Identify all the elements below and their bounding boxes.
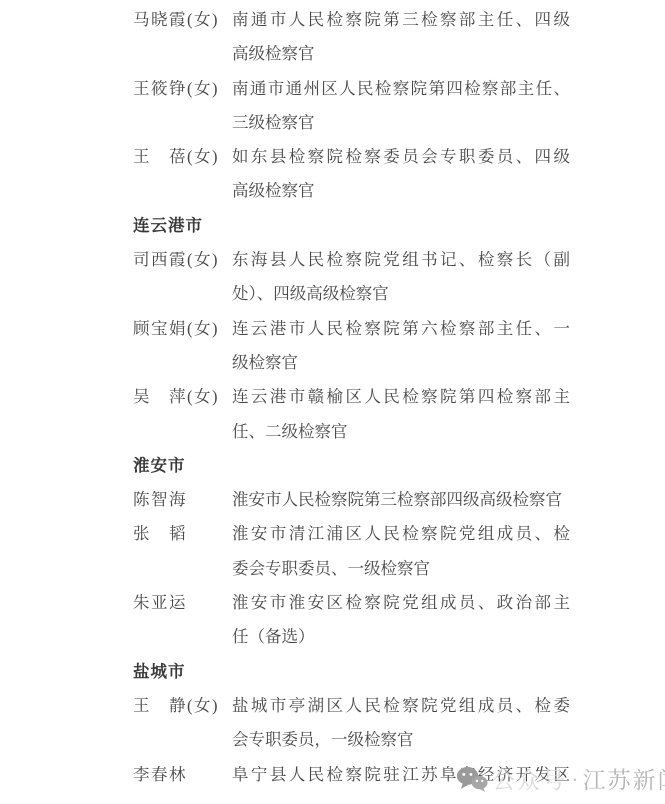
appointment-entry: 王 静(女)盐城市亭湖区人民检察院党组成员、检委会专职委员，一级检察官 xyxy=(133,689,570,758)
city-header: 淮安市 xyxy=(133,449,570,483)
person-name: 朱亚运 xyxy=(133,586,232,620)
watermark-account-label: 公众号 xyxy=(492,762,567,795)
person-name: 王筱铮(女) xyxy=(133,72,232,106)
position-line: 高级检察官 xyxy=(232,174,570,208)
wechat-icon xyxy=(456,765,488,793)
position-line: 连云港市人民检察院第六检察部主任、一 xyxy=(232,312,570,346)
person-name: 陈智海 xyxy=(133,483,232,517)
position-line: 南通市人民检察院第三检察部主任、四级 xyxy=(232,3,570,37)
document-page: 马晓霞(女)南通市人民检察院第三检察部主任、四级高级检察官王筱铮(女)南通市通州… xyxy=(0,0,665,804)
position-description: 连云港市赣榆区人民检察院第四检察部主任、二级检察官 xyxy=(232,380,570,449)
position-line: 处）、四级高级检察官 xyxy=(232,277,570,311)
position-line: 三级检察官 xyxy=(232,106,570,140)
appointment-entry: 王 蓓(女)如东县检察院检察委员会专职委员、四级高级检察官 xyxy=(133,140,570,209)
position-line: 淮安市人民检察院第三检察部四级高级检察官 xyxy=(232,483,570,517)
position-line: 委会专职委员、一级检察官 xyxy=(232,552,570,586)
position-line: 如东县检察院检察委员会专职委员、四级 xyxy=(232,140,570,174)
position-description: 如东县检察院检察委员会专职委员、四级高级检察官 xyxy=(232,140,570,209)
position-description: 南通市通州区人民检察院第四检察部主任、三级检察官 xyxy=(232,72,570,141)
position-line: 任（备选） xyxy=(232,620,570,654)
person-name: 司西霞(女) xyxy=(133,243,232,277)
position-description: 淮安市人民检察院第三检察部四级高级检察官 xyxy=(232,483,570,517)
person-name: 马晓霞(女) xyxy=(133,3,232,37)
position-line: 淮安市清江浦区人民检察院党组成员、检 xyxy=(232,517,570,551)
appointment-entry: 陈智海淮安市人民检察院第三检察部四级高级检察官 xyxy=(133,483,570,517)
appointment-entry: 司西霞(女)东海县人民检察院党组书记、检察长（副处）、四级高级检察官 xyxy=(133,243,570,312)
appointment-entry: 朱亚运淮安市淮安区检察院党组成员、政治部主任（备选） xyxy=(133,586,570,655)
appointment-entry: 吴 萍(女)连云港市赣榆区人民检察院第四检察部主任、二级检察官 xyxy=(133,380,570,449)
person-name: 李春林 xyxy=(133,758,232,792)
position-description: 东海县人民检察院党组书记、检察长（副处）、四级高级检察官 xyxy=(232,243,570,312)
appointment-entry: 张 韬淮安市清江浦区人民检察院党组成员、检委会专职委员、一级检察官 xyxy=(133,517,570,586)
position-line: 东海县人民检察院党组书记、检察长（副 xyxy=(232,243,570,277)
watermark-separator: · xyxy=(571,765,579,792)
position-line: 级检察官 xyxy=(232,346,570,380)
position-description: 南通市人民检察院第三检察部主任、四级高级检察官 xyxy=(232,3,570,72)
position-line: 淮安市淮安区检察院党组成员、政治部主 xyxy=(232,586,570,620)
position-description: 盐城市亭湖区人民检察院党组成员、检委会专职委员，一级检察官 xyxy=(232,689,570,758)
city-header: 连云港市 xyxy=(133,209,570,243)
person-name: 顾宝娟(女) xyxy=(133,312,232,346)
person-name: 王 静(女) xyxy=(133,689,232,723)
position-line: 会专职委员，一级检察官 xyxy=(232,723,570,757)
appointment-entry: 马晓霞(女)南通市人民检察院第三检察部主任、四级高级检察官 xyxy=(133,3,570,72)
appointment-entry: 顾宝娟(女)连云港市人民检察院第六检察部主任、一级检察官 xyxy=(133,312,570,381)
position-line: 高级检察官 xyxy=(232,37,570,71)
position-line: 连云港市赣榆区人民检察院第四检察部主 xyxy=(232,380,570,414)
position-description: 淮安市清江浦区人民检察院党组成员、检委会专职委员、一级检察官 xyxy=(232,517,570,586)
person-name: 吴 萍(女) xyxy=(133,380,232,414)
position-description: 淮安市淮安区检察院党组成员、政治部主任（备选） xyxy=(232,586,570,655)
watermark: 公众号 · 江苏新闻 xyxy=(456,762,665,795)
person-name: 王 蓓(女) xyxy=(133,140,232,174)
city-header: 盐城市 xyxy=(133,655,570,689)
watermark-channel-name: 江苏新闻 xyxy=(583,762,665,795)
position-description: 连云港市人民检察院第六检察部主任、一级检察官 xyxy=(232,312,570,381)
appointment-entry: 王筱铮(女)南通市通州区人民检察院第四检察部主任、三级检察官 xyxy=(133,72,570,141)
person-name: 张 韬 xyxy=(133,517,232,551)
position-line: 任、二级检察官 xyxy=(232,415,570,449)
position-line: 南通市通州区人民检察院第四检察部主任、 xyxy=(232,72,570,106)
position-line: 盐城市亭湖区人民检察院党组成员、检委 xyxy=(232,689,570,723)
appointment-list: 马晓霞(女)南通市人民检察院第三检察部主任、四级高级检察官王筱铮(女)南通市通州… xyxy=(133,3,570,792)
